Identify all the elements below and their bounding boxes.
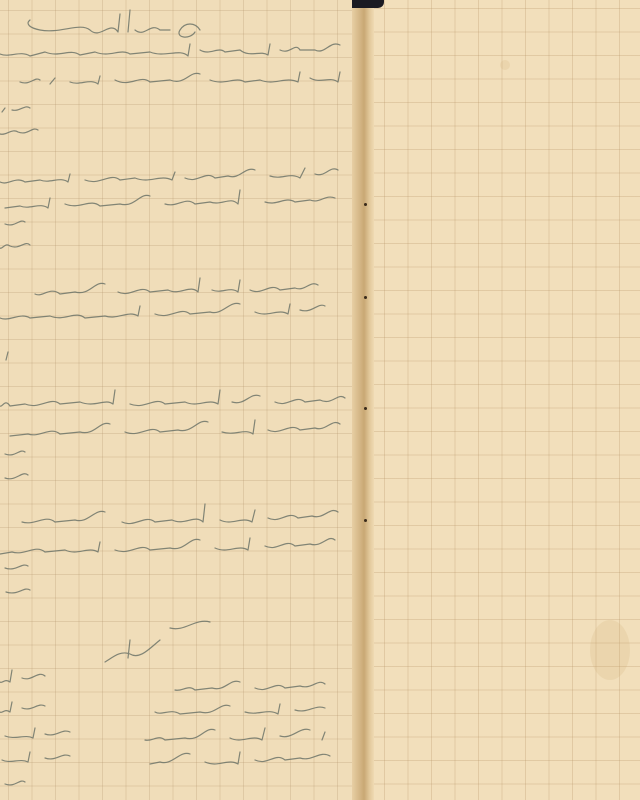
right-page xyxy=(370,0,640,800)
paper-stain xyxy=(590,620,630,680)
text-line xyxy=(0,44,340,84)
binding-stitch xyxy=(364,203,367,206)
text-line xyxy=(0,168,338,208)
text-fragment xyxy=(5,565,30,593)
text-column-left xyxy=(0,670,70,785)
paper-stain xyxy=(500,60,510,70)
text-fragment xyxy=(0,221,30,248)
binding-stitch xyxy=(364,296,367,299)
text-column-right xyxy=(145,681,330,764)
binding-stitch xyxy=(364,407,367,410)
text-line xyxy=(0,390,345,436)
page-title xyxy=(28,10,200,37)
text-line xyxy=(0,278,325,319)
handwriting-layer xyxy=(0,0,358,800)
binding-stitch xyxy=(364,519,367,522)
text-line xyxy=(0,504,338,554)
subheading xyxy=(105,621,210,662)
text-fragment xyxy=(6,352,8,360)
text-fragment xyxy=(5,451,28,479)
text-fragment xyxy=(0,107,38,134)
